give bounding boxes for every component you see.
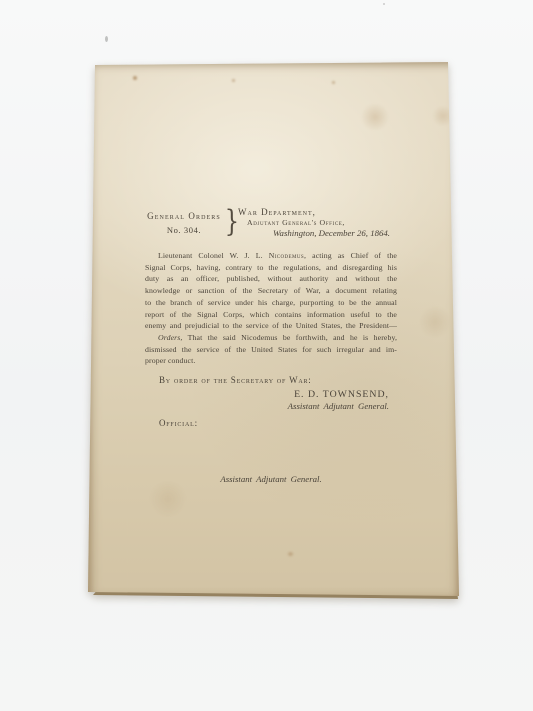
body-line-9: dismissed the service of the United Stat… [145,344,397,356]
body-line-4: knowledge or sanction of the Secretary o… [145,285,397,297]
stain-smudge [418,307,452,337]
stain-smudge [432,106,454,126]
order-number: No. 304. [145,225,223,235]
photo-background: General Orders No. 304. } War Department… [0,0,533,711]
foxing-spot [332,81,335,84]
nicodemus-name: Nicodemus [269,251,304,260]
body-line-6: report of the Signal Corps, which contai… [145,309,397,321]
by-order-line: By order of the Secretary of War: [145,375,397,385]
body-text: That the said Nicodemus be forthwith, an… [182,333,397,342]
document-content: General Orders No. 304. } War Department… [145,207,397,484]
stain-smudge [360,104,390,130]
document-paper: General Orders No. 304. } War Department… [88,62,460,602]
official-label: Official: [145,418,397,428]
body-line-7: enemy and prejudicial to the service of … [145,320,397,332]
body-line-1: Lieutenant Colonel W. J. L. Nicodemus, a… [145,250,397,262]
bottom-countersign-title: Assistant Adjutant General. [145,474,397,484]
background-speck [383,3,385,5]
body-line-3: duty as an officer, published, without a… [145,273,397,285]
body-line-5: to the branch of service under his charg… [145,297,397,309]
body-line-2: Signal Corps, having, contrary to the re… [145,262,397,274]
order-body: Lieutenant Colonel W. J. L. Nicodemus, a… [145,250,397,367]
body-line-8: Orders, That the said Nicodemus be forth… [145,332,397,344]
foxing-spot [232,79,235,82]
stain-smudge [148,482,188,516]
background-speck [105,36,108,42]
body-line-10: proper conduct. [145,355,397,367]
order-header-left: General Orders No. 304. [145,207,223,235]
brace-glyph: } [225,207,236,237]
order-header-right: War Department, Adjutant General's Offic… [237,207,397,238]
body-text: Lieutenant Colonel W. J. L. [158,251,269,260]
dateline: Washington, December 26, 1864. [238,228,397,238]
orders-word: Orders, [158,333,182,342]
foxing-spot [133,76,137,80]
general-orders-label: General Orders [145,211,223,221]
order-header: General Orders No. 304. } War Department… [145,207,397,238]
foxing-spot [288,552,293,556]
signature-name: E. D. TOWNSEND, [145,389,389,400]
war-department-line: War Department, [238,207,397,217]
signature-block: E. D. TOWNSEND, Assistant Adjutant Gener… [145,389,397,411]
body-text: , acting as Chief of the [304,251,397,260]
paper-sheet: General Orders No. 304. } War Department… [88,62,460,602]
adjutant-office-line: Adjutant General's Office, [238,218,397,227]
signature-title: Assistant Adjutant General. [145,401,389,411]
